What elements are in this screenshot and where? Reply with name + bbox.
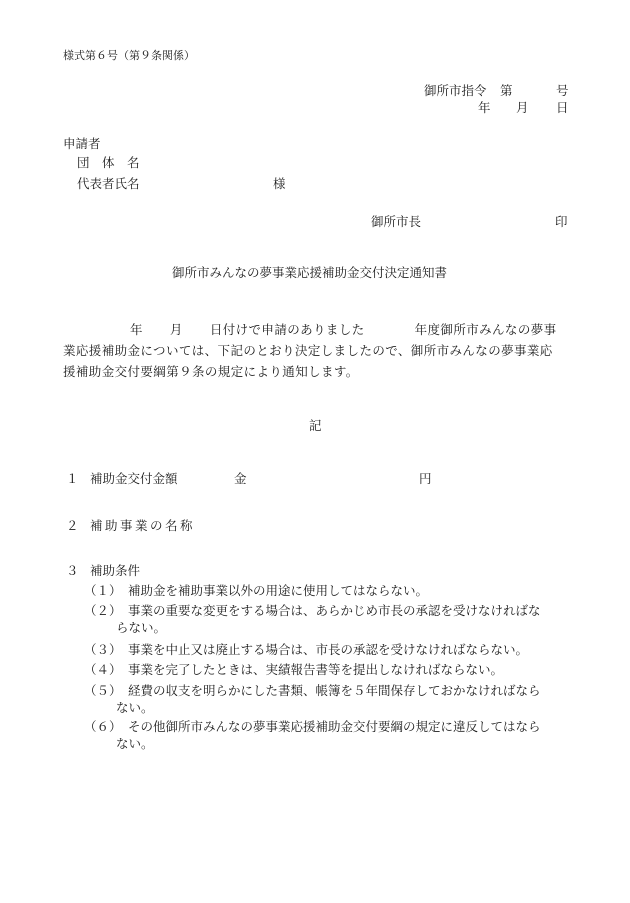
body-line-3: 援補助金交付要綱第９条の規定により通知します。 — [63, 361, 568, 382]
body-line-1: 年月日付けで申請のありました年度御所市みんなの夢事 — [63, 319, 568, 340]
date-day: 日 — [556, 100, 569, 116]
body-application-text: 日付けで申請のありました — [210, 322, 365, 337]
seal-mark: 印 — [555, 214, 568, 230]
item-3-number: ３ — [66, 563, 79, 579]
condition-6: （６）その他御所市みんなの夢事業応援補助金交付要綱の規定に違反してはなら ない。 — [84, 718, 574, 752]
item-1-yen: 円 — [419, 471, 432, 487]
form-number: 様式第６号（第９条関係） — [63, 48, 195, 64]
item-1-label: 補助金交付金額 — [90, 471, 178, 487]
date-year: 年 — [478, 100, 491, 116]
item-3-label: 補助条件 — [90, 563, 140, 579]
condition-1: （１）補助金を補助事業以外の用途に使用してはならない。 — [84, 582, 574, 599]
body-line-2: 業応援補助金については、下記のとおり決定しましたので、御所市みんなの夢事業応 — [63, 340, 568, 361]
condition-1-text: 補助金を補助事業以外の用途に使用してはならない。 — [128, 583, 428, 598]
document-title: 御所市みんなの夢事業応援補助金交付決定通知書 — [172, 265, 447, 281]
item-2-label: 補助事業の名称 — [90, 518, 195, 534]
condition-5: （５）経費の収支を明らかにした書類、帳簿を５年間保存しておかなければなら ない。 — [84, 682, 574, 716]
condition-2: （２）事業の重要な変更をする場合は、あらかじめ市長の承認を受けなければな らない… — [84, 602, 574, 636]
condition-2-text: 事業の重要な変更をする場合は、あらかじめ市長の承認を受けなければな — [128, 603, 541, 618]
condition-4-text: 事業を完了したときは、実績報告書等を提出しなければならない。 — [128, 662, 503, 677]
condition-3-text: 事業を中止又は廃止する場合は、市長の承認を受けなければならない。 — [128, 642, 528, 657]
honorific: 様 — [273, 176, 286, 192]
body-fiscal-year-text: 年度御所市みんなの夢事 — [415, 322, 557, 337]
condition-2-continuation: らない。 — [84, 619, 574, 636]
body-month: 月 — [170, 322, 183, 337]
directive-prefix: 御所市指令 — [424, 83, 487, 99]
condition-5-number: （５） — [84, 682, 128, 699]
item-1-kin: 金 — [234, 471, 247, 487]
condition-6-continuation: ない。 — [84, 735, 574, 752]
condition-6-number: （６） — [84, 718, 128, 735]
applicant-heading: 申請者 — [63, 136, 101, 152]
issuer-title: 御所市長 — [371, 214, 421, 230]
ki-marker: 記 — [309, 418, 322, 434]
directive-dai: 第 — [500, 83, 513, 99]
item-2-number: ２ — [66, 518, 79, 534]
condition-3-number: （３） — [84, 641, 128, 658]
body-paragraph: 年月日付けで申請のありました年度御所市みんなの夢事 業応援補助金については、下記… — [63, 319, 568, 382]
item-1-number: １ — [66, 471, 79, 487]
condition-2-number: （２） — [84, 602, 128, 619]
body-year: 年 — [130, 322, 143, 337]
condition-5-text: 経費の収支を明らかにした書類、帳簿を５年間保存しておかなければなら — [128, 683, 541, 698]
condition-4-number: （４） — [84, 661, 128, 678]
group-name-label: 団 体 名 — [77, 155, 140, 171]
directive-go: 号 — [556, 83, 569, 99]
condition-5-continuation: ない。 — [84, 699, 574, 716]
representative-label: 代表者氏名 — [77, 176, 140, 192]
condition-4: （４）事業を完了したときは、実績報告書等を提出しなければならない。 — [84, 661, 574, 678]
condition-3: （３）事業を中止又は廃止する場合は、市長の承認を受けなければならない。 — [84, 641, 574, 658]
condition-1-number: （１） — [84, 582, 128, 599]
condition-6-text: その他御所市みんなの夢事業応援補助金交付要綱の規定に違反してはなら — [128, 719, 541, 734]
date-month: 月 — [516, 100, 529, 116]
